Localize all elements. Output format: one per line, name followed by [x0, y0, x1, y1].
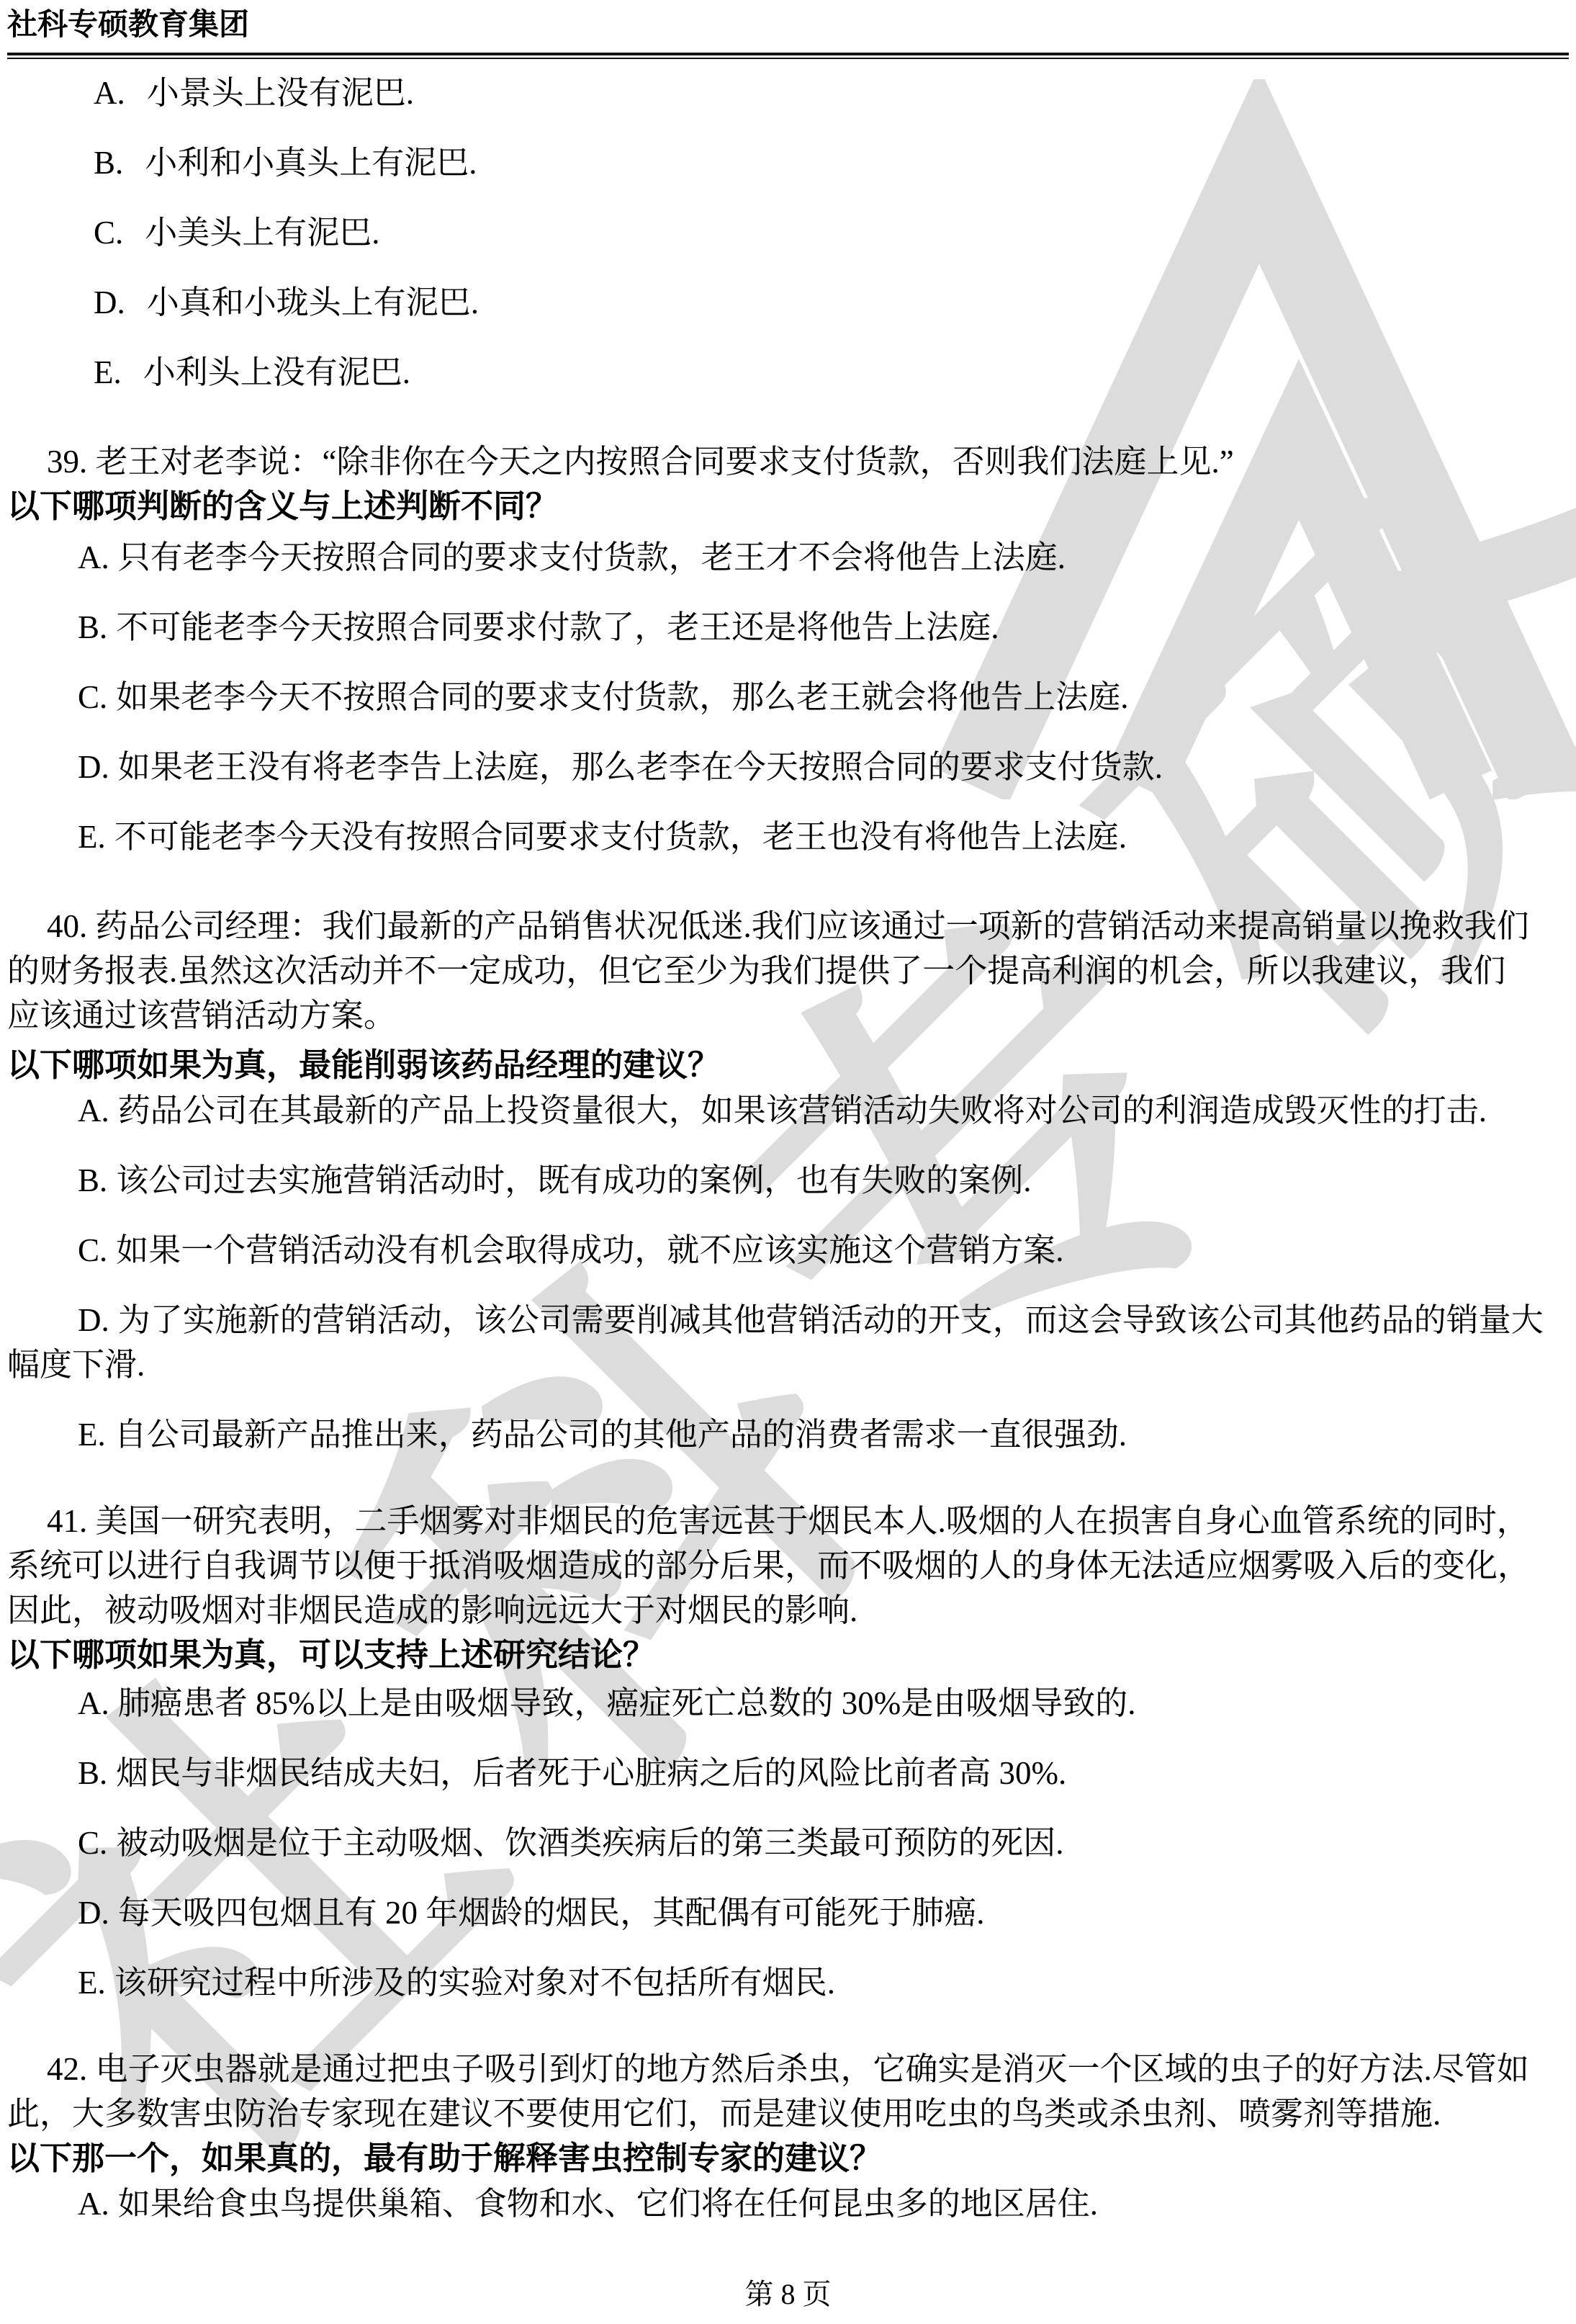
option-text: 如果老王没有将老李告上法庭，那么老李在今天按照合同的要求支付货款.	[118, 749, 1163, 785]
option-row: D.小真和小珑头上有泥巴.	[7, 280, 1569, 325]
option-row: C.被动吸烟是位于主动吸烟、饮酒类疾病后的第三类最可预防的死因.	[7, 1821, 1569, 1865]
option-text: 小利头上没有泥巴.	[143, 354, 410, 390]
option-row: B.该公司过去实施营销活动时，既有成功的案例，也有失败的案例.	[7, 1158, 1569, 1203]
option-text: 如果一个营销活动没有机会取得成功，就不应该实施这个营销方案.	[116, 1232, 1063, 1268]
option-label: B.	[94, 140, 123, 185]
header-brand-title: 社科专硕教育集团	[7, 0, 1569, 44]
option-row: B.不可能老李今天按照合同要求付款了，老王还是将他告上法庭.	[7, 605, 1569, 650]
question-stem: 的财务报表.虽然这次活动并不一定成功，但它至少为我们提供了一个提高利润的机会，所…	[7, 948, 1569, 993]
option-text: 不可能老李今天没有按照合同要求支付货款，老王也没有将他告上法庭.	[114, 819, 1127, 855]
option-text: 小景头上没有泥巴.	[147, 75, 414, 111]
option-row: B.烟民与非烟民结成夫妇，后者死于心脏病之后的风险比前者高 30%.	[7, 1751, 1569, 1795]
option-text: 小利和小真头上有泥巴.	[145, 145, 477, 181]
option-text: 为了实施新的营销活动，该公司需要削减其他营销活动的开支，而这会导致该公司其他药品…	[118, 1302, 1544, 1338]
option-label: A.	[78, 1681, 109, 1726]
question-body: A.小景头上没有泥巴. B.小利和小真头上有泥巴. C.小美头上有泥巴. D.小…	[7, 59, 1569, 2226]
option-text: 该研究过程中所涉及的实验对象对不包括所有烟民.	[114, 1965, 835, 2001]
option-row: D.为了实施新的营销活动，该公司需要削减其他营销活动的开支，而这会导致该公司其他…	[7, 1298, 1569, 1342]
option-text: 如果老李今天不按照合同的要求支付货款，那么老王就会将他告上法庭.	[116, 679, 1128, 715]
question-41: 41. 美国一研究表明，二手烟雾对非烟民的危害远甚于烟民本人.吸烟的人在损害自身…	[7, 1499, 1569, 2005]
page-content: 社科专硕教育集团 A.小景头上没有泥巴. B.小利和小真头上有泥巴. C.小美头…	[0, 0, 1576, 2226]
option-label: B.	[78, 605, 107, 650]
question-stem: 系统可以进行自我调节以便于抵消吸烟造成的部分后果，而不吸烟的人的身体无法适应烟雾…	[7, 1543, 1569, 1588]
question-prompt: 以下那一个，如果真的，最有助于解释害虫控制专家的建议？	[7, 2136, 1569, 2181]
option-text: 小真和小珑头上有泥巴.	[147, 284, 479, 320]
option-label: E.	[78, 815, 106, 859]
question-40: 40. 药品公司经理：我们最新的产品销售状况低迷.我们应该通过一项新的营销活动来…	[7, 904, 1569, 1457]
option-row: E.小利头上没有泥巴.	[7, 350, 1569, 395]
option-text: 小美头上有泥巴.	[145, 215, 379, 251]
option-row: D.每天吸四包烟且有 20 年烟龄的烟民，其配偶有可能死于肺癌.	[7, 1890, 1569, 1935]
option-label: A.	[78, 2181, 109, 2226]
question-stem: 因此，被动吸烟对非烟民造成的影响远远大于对烟民的影响.	[7, 1588, 1569, 1633]
option-label: E.	[78, 1412, 106, 1457]
option-row: C.如果老李今天不按照合同的要求支付货款，那么老王就会将他告上法庭.	[7, 675, 1569, 719]
option-label: B.	[78, 1158, 107, 1203]
option-text: 不可能老李今天按照合同要求付款了，老王还是将他告上法庭.	[116, 609, 999, 645]
option-row: E.该研究过程中所涉及的实验对象对不包括所有烟民.	[7, 1960, 1569, 2005]
option-row: C.如果一个营销活动没有机会取得成功，就不应该实施这个营销方案.	[7, 1228, 1569, 1273]
option-label: E.	[94, 350, 122, 395]
question-stem: 应该通过该营销活动方案。	[7, 993, 1569, 1038]
question-40-options: A.药品公司在其最新的产品上投资量很大，如果该营销活动失败将对公司的利润造成毁灭…	[7, 1088, 1569, 1457]
option-row: A.如果给食虫鸟提供巢箱、食物和水、它们将在任何昆虫多的地区居住.	[7, 2181, 1569, 2226]
question-41-options: A.肺癌患者 85%以上是由吸烟导致，癌症死亡总数的 30%是由吸烟导致的. B…	[7, 1681, 1569, 2005]
question-prompt: 以下哪项如果为真，最能削弱该药品经理的建议？	[7, 1043, 1569, 1087]
question-42-options: A.如果给食虫鸟提供巢箱、食物和水、它们将在任何昆虫多的地区居住.	[7, 2181, 1569, 2226]
question-stem: 40. 药品公司经理：我们最新的产品销售状况低迷.我们应该通过一项新的营销活动来…	[7, 904, 1569, 948]
option-text: 药品公司在其最新的产品上投资量很大，如果该营销活动失败将对公司的利润造成毁灭性的…	[118, 1093, 1487, 1129]
header-rule	[7, 53, 1569, 59]
option-label: D.	[78, 745, 109, 789]
option-text: 肺癌患者 85%以上是由吸烟导致，癌症死亡总数的 30%是由吸烟导致的.	[118, 1685, 1136, 1721]
option-row: A.肺癌患者 85%以上是由吸烟导致，癌症死亡总数的 30%是由吸烟导致的.	[7, 1681, 1569, 1726]
option-text: 烟民与非烟民结成夫妇，后者死于心脏病之后的风险比前者高 30%.	[116, 1755, 1066, 1791]
option-row: E.自公司最新产品推出来，药品公司的其他产品的消费者需求一直很强劲.	[7, 1412, 1569, 1457]
option-label: C.	[78, 675, 107, 719]
option-label: D.	[78, 1890, 109, 1935]
option-row: A.只有老李今天按照合同的要求支付货款，老王才不会将他告上法庭.	[7, 535, 1569, 580]
option-row: E.不可能老李今天没有按照合同要求支付货款，老王也没有将他告上法庭.	[7, 815, 1569, 859]
option-label: D.	[78, 1298, 109, 1342]
option-row: D.如果老王没有将老李告上法庭，那么老李在今天按照合同的要求支付货款.	[7, 745, 1569, 789]
document-page: 社科专硕 社科专硕教育集团 A.小景头上没有泥巴. B.小利和小真头上有泥巴. …	[0, 0, 1576, 2324]
option-text: 该公司过去实施营销活动时，既有成功的案例，也有失败的案例.	[116, 1162, 1031, 1198]
option-text-continuation: 幅度下滑.	[7, 1342, 1569, 1387]
option-row: B.小利和小真头上有泥巴.	[7, 140, 1569, 185]
option-row: A.药品公司在其最新的产品上投资量很大，如果该营销活动失败将对公司的利润造成毁灭…	[7, 1088, 1569, 1133]
question-stem: 41. 美国一研究表明，二手烟雾对非烟民的危害远甚于烟民本人.吸烟的人在损害自身…	[7, 1499, 1569, 1543]
question-prompt: 以下哪项如果为真，可以支持上述研究结论？	[7, 1633, 1569, 1677]
question-39: 39. 老王对老李说：“除非你在今天之内按照合同要求支付货款，否则我们法庭上见.…	[7, 439, 1569, 859]
question-38-options: A.小景头上没有泥巴. B.小利和小真头上有泥巴. C.小美头上有泥巴. D.小…	[7, 71, 1569, 395]
option-label: C.	[78, 1821, 107, 1865]
question-stem: 此，大多数害虫防治专家现在建议不要使用它们，而是建议使用吃虫的鸟类或杀虫剂、喷雾…	[7, 2091, 1569, 2136]
option-text: 如果给食虫鸟提供巢箱、食物和水、它们将在任何昆虫多的地区居住.	[118, 2186, 1098, 2222]
option-text: 每天吸四包烟且有 20 年烟龄的烟民，其配偶有可能死于肺癌.	[118, 1895, 985, 1931]
option-text: 自公司最新产品推出来，药品公司的其他产品的消费者需求一直很强劲.	[114, 1417, 1127, 1453]
option-row: C.小美头上有泥巴.	[7, 210, 1569, 255]
question-39-options: A.只有老李今天按照合同的要求支付货款，老王才不会将他告上法庭. B.不可能老李…	[7, 535, 1569, 859]
option-label: E.	[78, 1960, 106, 2005]
question-42: 42. 电子灭虫器就是通过把虫子吸引到灯的地方然后杀虫，它确实是消灭一个区域的虫…	[7, 2047, 1569, 2226]
option-label: C.	[94, 210, 123, 255]
question-prompt: 以下哪项判断的含义与上述判断不同？	[7, 484, 1569, 529]
question-stem: 39. 老王对老李说：“除非你在今天之内按照合同要求支付货款，否则我们法庭上见.…	[7, 439, 1569, 484]
option-label: C.	[78, 1228, 107, 1273]
option-row: A.小景头上没有泥巴.	[7, 71, 1569, 115]
option-text: 只有老李今天按照合同的要求支付货款，老王才不会将他告上法庭.	[118, 539, 1066, 575]
option-label: A.	[94, 71, 125, 115]
page-number: 第 8 页	[0, 2271, 1576, 2312]
option-text: 被动吸烟是位于主动吸烟、饮酒类疾病后的第三类最可预防的死因.	[116, 1825, 1063, 1861]
question-stem: 42. 电子灭虫器就是通过把虫子吸引到灯的地方然后杀虫，它确实是消灭一个区域的虫…	[7, 2047, 1569, 2091]
option-label: A.	[78, 535, 109, 580]
option-label: D.	[94, 280, 125, 325]
option-label: B.	[78, 1751, 107, 1795]
option-label: A.	[78, 1088, 109, 1133]
